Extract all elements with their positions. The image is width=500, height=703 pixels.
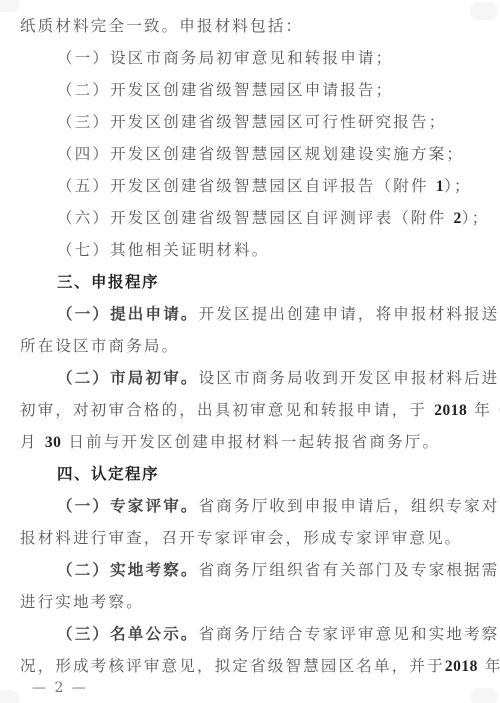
paragraph-line: （三）名单公示。省商务厅结合专家评审意见和实地考察情 bbox=[57, 624, 500, 644]
paragraph-line: 所在设区市商务局。 bbox=[20, 336, 179, 356]
list-item: （三）开发区创建省级智慧园区可行性研究报告； bbox=[57, 112, 446, 132]
text: （七）其他相关证明材料。 bbox=[57, 241, 269, 259]
paragraph-lead: （一）提出申请。 bbox=[57, 304, 199, 323]
day: 30 bbox=[45, 434, 62, 451]
text: 开发区提出创建申请，将申报材料报送至 bbox=[199, 305, 500, 323]
text: ）； bbox=[444, 177, 472, 195]
year: 2018 bbox=[445, 658, 478, 675]
text: 所在设区市商务局。 bbox=[20, 337, 179, 355]
text: 初审，对初审合格的，出具初审意见和转报申请，于 bbox=[20, 401, 427, 419]
paragraph-lead: （二）实地考察。 bbox=[57, 560, 199, 579]
paragraph-line: 进行实地考察。 bbox=[20, 592, 144, 612]
paragraph-line: （二）实地考察。省商务厅组织省有关部门及专家根据需要 bbox=[57, 560, 500, 580]
text: 年 bbox=[474, 401, 492, 419]
section-heading: 三、申报程序 bbox=[57, 272, 159, 292]
document-page: 纸质材料完全一致。申报材料包括： （一）设区市商务局初审意见和转报申请； （二）… bbox=[0, 0, 500, 703]
text: （五）开发区创建省级智慧园区自评报告（附件 bbox=[57, 177, 429, 195]
paragraph-line: （二）市局初审。设区市商务局收到开发区申报材料后进行 bbox=[57, 368, 500, 388]
corner-mark bbox=[0, 690, 20, 703]
text: （一）设区市商务局初审意见和转报申请； bbox=[57, 49, 393, 67]
text: 况，形成考核评审意见，拟定省级智慧园区名单，并于 bbox=[20, 657, 445, 675]
year: 2018 bbox=[434, 402, 467, 419]
paragraph-lead: （三）名单公示。 bbox=[57, 624, 199, 643]
corner-mark bbox=[470, 2, 498, 20]
corner-mark bbox=[470, 688, 498, 703]
text: 月 bbox=[20, 433, 38, 451]
list-item: （二）开发区创建省级智慧园区申请报告； bbox=[57, 80, 393, 100]
list-item: （六）开发区创建省级智慧园区自评测评表（附件 2）； bbox=[57, 208, 489, 229]
attachment-number: 2 bbox=[454, 210, 462, 227]
list-item: （四）开发区创建省级智慧园区规划建设实施方案； bbox=[57, 144, 464, 164]
page-number: — 2 — bbox=[32, 680, 88, 696]
text: 设区市商务局收到开发区申报材料后进行 bbox=[199, 369, 500, 387]
paragraph-line: （一）提出申请。开发区提出创建申请，将申报材料报送至 bbox=[57, 304, 500, 324]
text: 省商务厅结合专家评审意见和实地考察情 bbox=[199, 625, 500, 643]
paragraph-lead: （一）专家评审。 bbox=[57, 496, 199, 515]
text: 进行实地考察。 bbox=[20, 593, 144, 611]
list-item: （五）开发区创建省级智慧园区自评报告（附件 1）； bbox=[57, 176, 472, 197]
text: （六）开发区创建省级智慧园区自评测评表（附件 bbox=[57, 209, 446, 227]
attachment-number: 1 bbox=[436, 178, 444, 195]
paragraph-line: （一）专家评审。省商务厅收到申报申请后，组织专家对申 bbox=[57, 496, 500, 516]
paragraph-line: 纸质材料完全一致。申报材料包括： bbox=[20, 16, 303, 36]
list-item: （七）其他相关证明材料。 bbox=[57, 240, 269, 260]
corner-mark bbox=[0, 0, 20, 12]
list-item: （一）设区市商务局初审意见和转报申请； bbox=[57, 48, 393, 68]
text: 省商务厅收到申报申请后，组织专家对申 bbox=[199, 497, 500, 515]
paragraph-line: 况，形成考核评审意见，拟定省级智慧园区名单，并于2018 年 bbox=[20, 656, 500, 677]
text: （二）开发区创建省级智慧园区申请报告； bbox=[57, 81, 393, 99]
text: 年 bbox=[485, 657, 500, 675]
text: （四）开发区创建省级智慧园区规划建设实施方案； bbox=[57, 145, 464, 163]
text: 纸质材料完全一致。申报材料包括： bbox=[20, 17, 303, 35]
paragraph-lead: （二）市局初审。 bbox=[57, 368, 199, 387]
text: 报材料进行审查，召开专家评审会，形成专家评审意见。 bbox=[20, 529, 463, 547]
paragraph-line: 报材料进行审查，召开专家评审会，形成专家评审意见。 bbox=[20, 528, 463, 548]
text: ）； bbox=[462, 209, 490, 227]
text: 日前与开发区创建申报材料一起转报省商务厅。 bbox=[68, 433, 440, 451]
section-heading: 四、认定程序 bbox=[57, 464, 159, 484]
paragraph-line: 月 30 日前与开发区创建申报材料一起转报省商务厅。 bbox=[20, 432, 440, 453]
paragraph-line: 初审，对初审合格的，出具初审意见和转报申请，于 2018 年 6 bbox=[20, 400, 500, 421]
text: （三）开发区创建省级智慧园区可行性研究报告； bbox=[57, 113, 446, 131]
text: 省商务厅组织省有关部门及专家根据需要 bbox=[199, 561, 500, 579]
